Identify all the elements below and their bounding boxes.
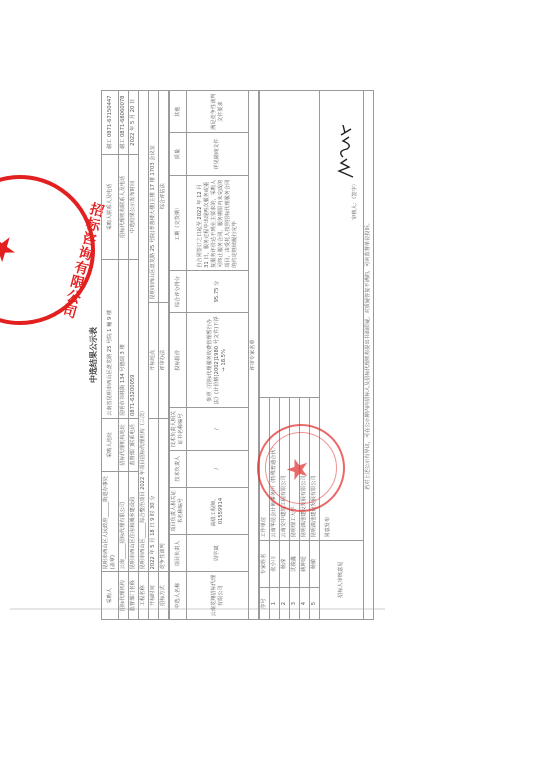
agency-contact-label: 招标代理机构联系人及电话	[119, 154, 129, 260]
eval-method-label: 评审办法	[159, 302, 169, 418]
header-score: 综合评分得分	[170, 270, 187, 312]
result-announcement-document: 中选结果公示表 采购人 昆明市西山区人民政府______街道办事处(盖章) 采购…	[87, 90, 369, 620]
publish-time-value: 2022 年 5 月 20 日	[129, 91, 139, 155]
header-no: 序号	[260, 588, 270, 620]
header-quality: 质量	[170, 133, 187, 175]
expert-name: 沈俊鑫	[290, 540, 300, 588]
purchaser-contact-label: 采购人联系人及电话	[102, 154, 119, 260]
tech-cert-value: /	[187, 408, 249, 450]
open-time-label: 开标时间	[149, 572, 159, 620]
expert-no: 1	[270, 588, 280, 620]
result-data-row: 云南龙翔招标代理有限公司 周学斌 高级工程师，01559914 / / 参照《招…	[187, 91, 249, 620]
header-winner: 中选人名称	[170, 572, 187, 620]
result-header-row: 中选人名称 项目负责人 项目负责人相关证书名称编号 技术负责人 技术负责人相关证…	[170, 91, 187, 620]
footer-row: 若对上述公示有异议，可在公示期内向招标人及招标代理机构提出书面质疑，对质疑答复不…	[364, 91, 374, 620]
agency-value: 云南______招标代理有限公司	[119, 471, 129, 572]
pm-cert-value: 高级工程师，01559914	[187, 487, 249, 535]
expert-no: 2	[280, 588, 290, 620]
tech-lead-value: /	[187, 450, 249, 487]
method-label: 招标方式	[159, 572, 169, 620]
header-pm-cert: 项目负责人相关证书名称编号	[170, 487, 187, 535]
experts-header-row: 序号 专家姓名 工作单位	[260, 91, 270, 620]
period-value: 自合同签订之日起至 2022 年 12 月 31 日，服务过程中出现再次服务或重…	[187, 175, 249, 270]
eval-method-value: 综合评估法	[159, 91, 169, 303]
expert-no: 5	[310, 588, 320, 620]
supervisor-phone-value: 0871-63200059	[129, 260, 139, 419]
expert-no: 4	[300, 588, 310, 620]
experts-label-row: 评审专家名单	[249, 91, 259, 620]
official-seal: ★	[257, 424, 345, 512]
info-row-agency: 招标代理机构 云南______招标代理有限公司 招标代理机构地址 昆明市书林街 …	[119, 91, 129, 620]
expert-name: 杨淳	[280, 540, 290, 588]
result-table: 中选人名称 项目负责人 项目负责人相关证书名称编号 技术负责人 技术负责人相关证…	[169, 90, 259, 620]
seal-star-icon: ★	[281, 457, 314, 482]
header-price: 投标报价	[170, 313, 187, 408]
project-name-label: 工程名称	[139, 572, 149, 620]
price-value: 参照《招标代理服务收费管理暂行办法》(计价格[2002]1980 号文件)下浮 …	[187, 313, 249, 408]
expert-no: 3	[290, 588, 300, 620]
agency-label: 招标代理机构	[119, 572, 129, 620]
method-row: 招标方式 竞争性谈判 评审办法 综合评估法	[159, 91, 169, 620]
expert-name: 姚坤廷	[300, 540, 310, 588]
pm-value: 周学斌	[187, 535, 249, 572]
info-row-purchaser: 采购人 昆明市西山区人民政府______街道办事处(盖章) 采购人地址 云南省昆…	[102, 91, 119, 620]
info-table: 采购人 昆明市西山区人民政府______街道办事处(盖章) 采购人地址 云南省昆…	[101, 90, 169, 620]
purchaser-value: 昆明市西山区人民政府______街道办事处(盖章)	[102, 471, 119, 572]
agency-contact-value: 谢工 0871-68060078	[119, 91, 129, 155]
supervisor-value: 昆明市西山区住房和城乡建设局	[129, 471, 139, 572]
document-title: 中选结果公示表	[87, 90, 101, 620]
handwritten-signature	[335, 121, 357, 181]
purchaser-label: 采购人	[102, 572, 119, 620]
footer-note: 若对上述公示有异议，可在公示期内向招标人及招标代理机构提出书面质疑，对质疑答复不…	[364, 91, 374, 620]
info-row-supervisor: 监督部门名称 昆明市西山区住房和城乡建设局 监督部门联系电话 0871-6320…	[129, 91, 139, 620]
score-value: 95.75 分	[187, 270, 249, 312]
open-place-value: 昆明市西山区盘龙路 25 号院(孝善楼大楼)主楼 17 楼 1703 会议室	[149, 91, 159, 303]
purchaser-address-value: 云南省昆明市西山区盘龙路 25 号院 1 幢 9 楼	[102, 260, 119, 419]
agency-address-value: 昆明市书林街 134 号德瑞 3 楼	[119, 260, 129, 419]
open-place-label: 开标地点	[149, 302, 159, 418]
winner-value: 云南龙翔招标代理有限公司	[187, 572, 249, 620]
quality-value: 详见磋商文件	[187, 133, 249, 175]
header-other: 其他	[170, 91, 187, 133]
header-tech-lead: 技术负责人	[170, 450, 187, 487]
header-pm: 项目负责人	[170, 535, 187, 572]
reviewer-row: 招标人审核意见 同意发布 审核人：（签字）	[320, 91, 364, 620]
open-time-value: 2022 年 5 月 18 日 9 时 30 分	[149, 419, 159, 572]
method-value: 竞争性谈判	[159, 419, 169, 572]
other-value: 满足竞争性谈判文件要求	[187, 91, 249, 133]
reviewer-label: 招标人审核意见	[320, 540, 364, 619]
header-tech-cert: 技术负责人相关证书名称编号	[170, 408, 187, 450]
purchaser-address-label: 采购人地址	[102, 419, 119, 472]
experts-table: 序号 专家姓名 工作单位 1 张小川 云南华昆会计师事务所（特殊普通合伙） 2 …	[259, 90, 374, 620]
agency-address-label: 招标代理机构地址	[119, 419, 129, 472]
signature-label: 审核人：（签字）	[352, 181, 359, 220]
supervisor-label: 监督部门名称	[129, 572, 139, 620]
publish-time-label: 中选结果公示发布时间	[129, 154, 139, 260]
experts-blank	[260, 91, 320, 398]
open-row: 开标时间 2022 年 5 月 18 日 9 时 30 分 开标地点 昆明市西山…	[149, 91, 159, 620]
expert-name: 杨敏	[310, 540, 320, 588]
project-name-value: 昆明市西山区______综合整治项目 2022 年项目招标代理机构（三次）	[139, 91, 149, 572]
experts-label: 评审专家名单	[249, 91, 259, 620]
header-expert-name: 专家姓名	[260, 540, 270, 588]
header-period: 工期（交货期）	[170, 175, 187, 270]
supervisor-phone-label: 监督部门联系电话	[129, 419, 139, 472]
purchaser-contact-value: 谢工 0871-67150447	[102, 91, 119, 155]
expert-name: 张小川	[270, 540, 280, 588]
project-name-row: 工程名称 昆明市西山区______综合整治项目 2022 年项目招标代理机构（三…	[139, 91, 149, 620]
